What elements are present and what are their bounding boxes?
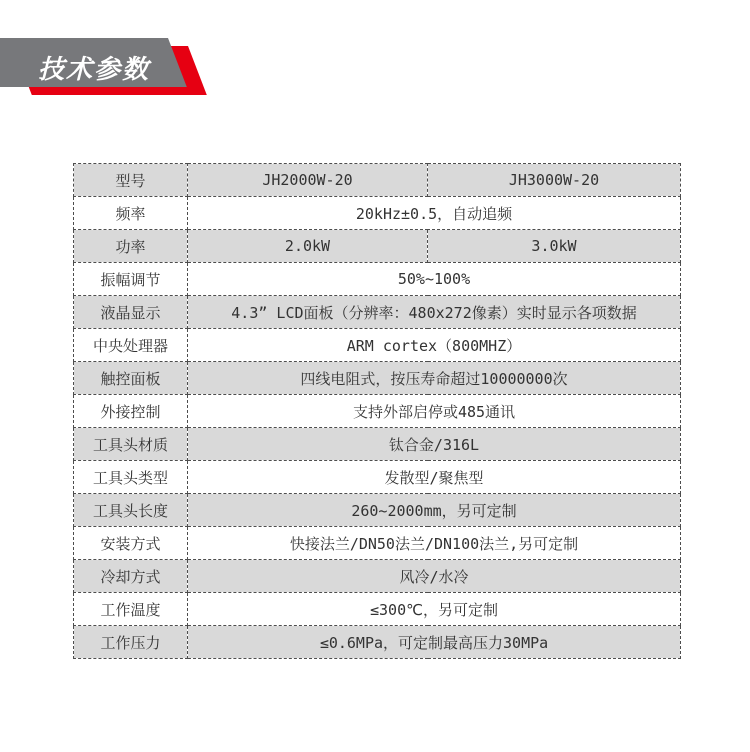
spec-label-cell: 工具头类型 <box>74 461 188 494</box>
spec-label-cell: 频率 <box>74 197 188 230</box>
table-row: 频率 20kHz±0.5，自动追频 <box>74 197 681 230</box>
spec-value-cell: 3.0kW <box>428 230 681 263</box>
table-row: 功率 2.0kW 3.0kW <box>74 230 681 263</box>
spec-table: 型号 JH2000W-20 JH3000W-20 频率 20kHz±0.5，自动… <box>73 163 681 659</box>
spec-value-cell: 四线电阻式，按压寿命超过10000000次 <box>188 362 681 395</box>
spec-label-cell: 工作温度 <box>74 593 188 626</box>
table-row: 工具头长度 260~2000mm，另可定制 <box>74 494 681 527</box>
spec-value-cell: ≤300℃，另可定制 <box>188 593 681 626</box>
page: 技术参数 型号 JH2000W-20 JH3000W-20 频率 20kHz±0… <box>0 0 750 752</box>
spec-value-cell: 钛合金/316L <box>188 428 681 461</box>
section-banner: 技术参数 <box>0 0 750 120</box>
table-row: 型号 JH2000W-20 JH3000W-20 <box>74 164 681 197</box>
page-title: 技术参数 <box>38 49 150 86</box>
spec-value-cell: 发散型/聚焦型 <box>188 461 681 494</box>
spec-value-cell: 2.0kW <box>188 230 428 263</box>
table-row: 触控面板 四线电阻式，按压寿命超过10000000次 <box>74 362 681 395</box>
table-row: 工作压力 ≤0.6MPa，可定制最高压力30MPa <box>74 626 681 659</box>
spec-label-cell: 冷却方式 <box>74 560 188 593</box>
spec-value-cell: 20kHz±0.5，自动追频 <box>188 197 681 230</box>
table-row: 工作温度 ≤300℃，另可定制 <box>74 593 681 626</box>
spec-label-cell: 外接控制 <box>74 395 188 428</box>
spec-value-cell: ARM cortex（800MHZ） <box>188 329 681 362</box>
table-row: 工具头材质 钛合金/316L <box>74 428 681 461</box>
spec-label-cell: 安装方式 <box>74 527 188 560</box>
spec-label-cell: 工作压力 <box>74 626 188 659</box>
spec-label-cell: 触控面板 <box>74 362 188 395</box>
spec-value-cell: 50%~100% <box>188 263 681 296</box>
spec-value-cell: 风冷/水冷 <box>188 560 681 593</box>
spec-label-cell: 工具头材质 <box>74 428 188 461</box>
table-row: 液晶显示 4.3” LCD面板（分辨率：480x272像素）实时显示各项数据 <box>74 296 681 329</box>
spec-value-cell: 260~2000mm，另可定制 <box>188 494 681 527</box>
table-row: 工具头类型 发散型/聚焦型 <box>74 461 681 494</box>
table-row: 振幅调节 50%~100% <box>74 263 681 296</box>
table-row: 冷却方式 风冷/水冷 <box>74 560 681 593</box>
table-row: 外接控制 支持外部启停或485通讯 <box>74 395 681 428</box>
spec-value-cell: 支持外部启停或485通讯 <box>188 395 681 428</box>
table-row: 安装方式 快接法兰/DN50法兰/DN100法兰,另可定制 <box>74 527 681 560</box>
spec-label-cell: 工具头长度 <box>74 494 188 527</box>
spec-label-cell: 振幅调节 <box>74 263 188 296</box>
spec-value-cell: ≤0.6MPa，可定制最高压力30MPa <box>188 626 681 659</box>
spec-value-cell: 4.3” LCD面板（分辨率：480x272像素）实时显示各项数据 <box>188 296 681 329</box>
spec-label-cell: 型号 <box>74 164 188 197</box>
spec-value-cell: 快接法兰/DN50法兰/DN100法兰,另可定制 <box>188 527 681 560</box>
spec-value-cell: JH3000W-20 <box>428 164 681 197</box>
table-row: 中央处理器 ARM cortex（800MHZ） <box>74 329 681 362</box>
spec-label-cell: 中央处理器 <box>74 329 188 362</box>
spec-label-cell: 液晶显示 <box>74 296 188 329</box>
spec-label-cell: 功率 <box>74 230 188 263</box>
spec-value-cell: JH2000W-20 <box>188 164 428 197</box>
